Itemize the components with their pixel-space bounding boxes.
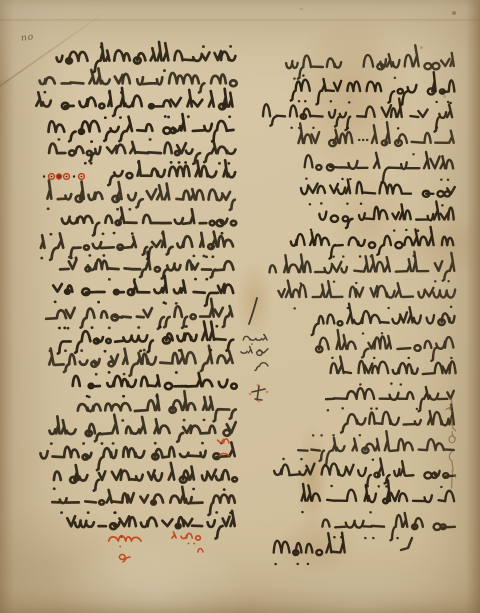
red-divider-dots: [43, 174, 85, 180]
text-line-stroke: [53, 275, 233, 306]
red-colophon-subword: [198, 549, 203, 553]
manuscript-photo: no: [0, 0, 480, 613]
text-line-stroke: [58, 321, 234, 353]
text-line-stroke: [269, 251, 454, 283]
text-line-stroke: [298, 431, 454, 465]
gutter-note-row: [241, 346, 268, 355]
red-colophon-subword: [119, 555, 130, 562]
gutter-slash-mark: [249, 298, 257, 324]
text-line-stroke: [291, 227, 454, 259]
red-colophon-word: [172, 532, 200, 544]
ring-center-dot: [51, 176, 53, 178]
text-line-stroke: [57, 42, 236, 73]
text-line-stroke: [73, 372, 237, 396]
red-ring-dot: [56, 174, 61, 179]
text-line-stroke: [274, 533, 345, 564]
gutter-cross-mark: [252, 386, 265, 400]
text-line-stroke: [49, 414, 235, 443]
red-siglum-row: [217, 439, 229, 443]
text-line-stroke: [316, 329, 454, 363]
text-line-stroke: [40, 442, 234, 470]
text-line-stroke: [319, 201, 454, 231]
text-line-stroke: [278, 280, 455, 309]
black-dot: [73, 175, 75, 177]
text-line-stroke: [291, 71, 455, 105]
red-halo-dot: [257, 384, 260, 387]
text-line-stroke: [311, 303, 454, 336]
text-line-stroke: [48, 114, 233, 144]
red-halo-dot: [249, 393, 252, 396]
gutter-note-row: [255, 363, 268, 371]
isolated-final-glyph: [401, 538, 412, 550]
black-dot: [43, 175, 45, 177]
handwriting-layer: [0, 0, 480, 613]
text-line-stroke: [49, 139, 235, 163]
text-line-stroke: [36, 88, 232, 117]
text-line-stroke: [301, 179, 455, 205]
text-line-stroke: [62, 207, 236, 235]
text-line-stroke: [263, 98, 452, 132]
text-line-stroke: [274, 458, 455, 488]
left-text-column: [36, 42, 237, 539]
text-line-stroke: [305, 151, 454, 183]
right-text-column: [263, 45, 456, 564]
ring-center-dot: [81, 176, 83, 178]
red-colophon-word: [109, 536, 141, 547]
red-halo-dot: [266, 391, 269, 394]
text-line-stroke: [78, 391, 236, 422]
text-line-stroke: [298, 122, 453, 154]
text-line-stroke: [54, 463, 237, 491]
text-line-stroke: [52, 487, 235, 516]
text-line-stroke: [341, 403, 454, 433]
text-line-stroke: [331, 356, 456, 384]
ring-center-dot: [66, 176, 68, 178]
text-line-stroke: [326, 384, 454, 412]
text-line-stroke: [302, 480, 455, 513]
text-line-stroke: [40, 68, 237, 92]
gutter-note-row: [243, 335, 267, 345]
text-line-stroke: [286, 45, 454, 79]
text-line-stroke: [108, 159, 235, 186]
text-line-stroke: [47, 181, 235, 210]
red-halo-dot: [258, 400, 261, 403]
